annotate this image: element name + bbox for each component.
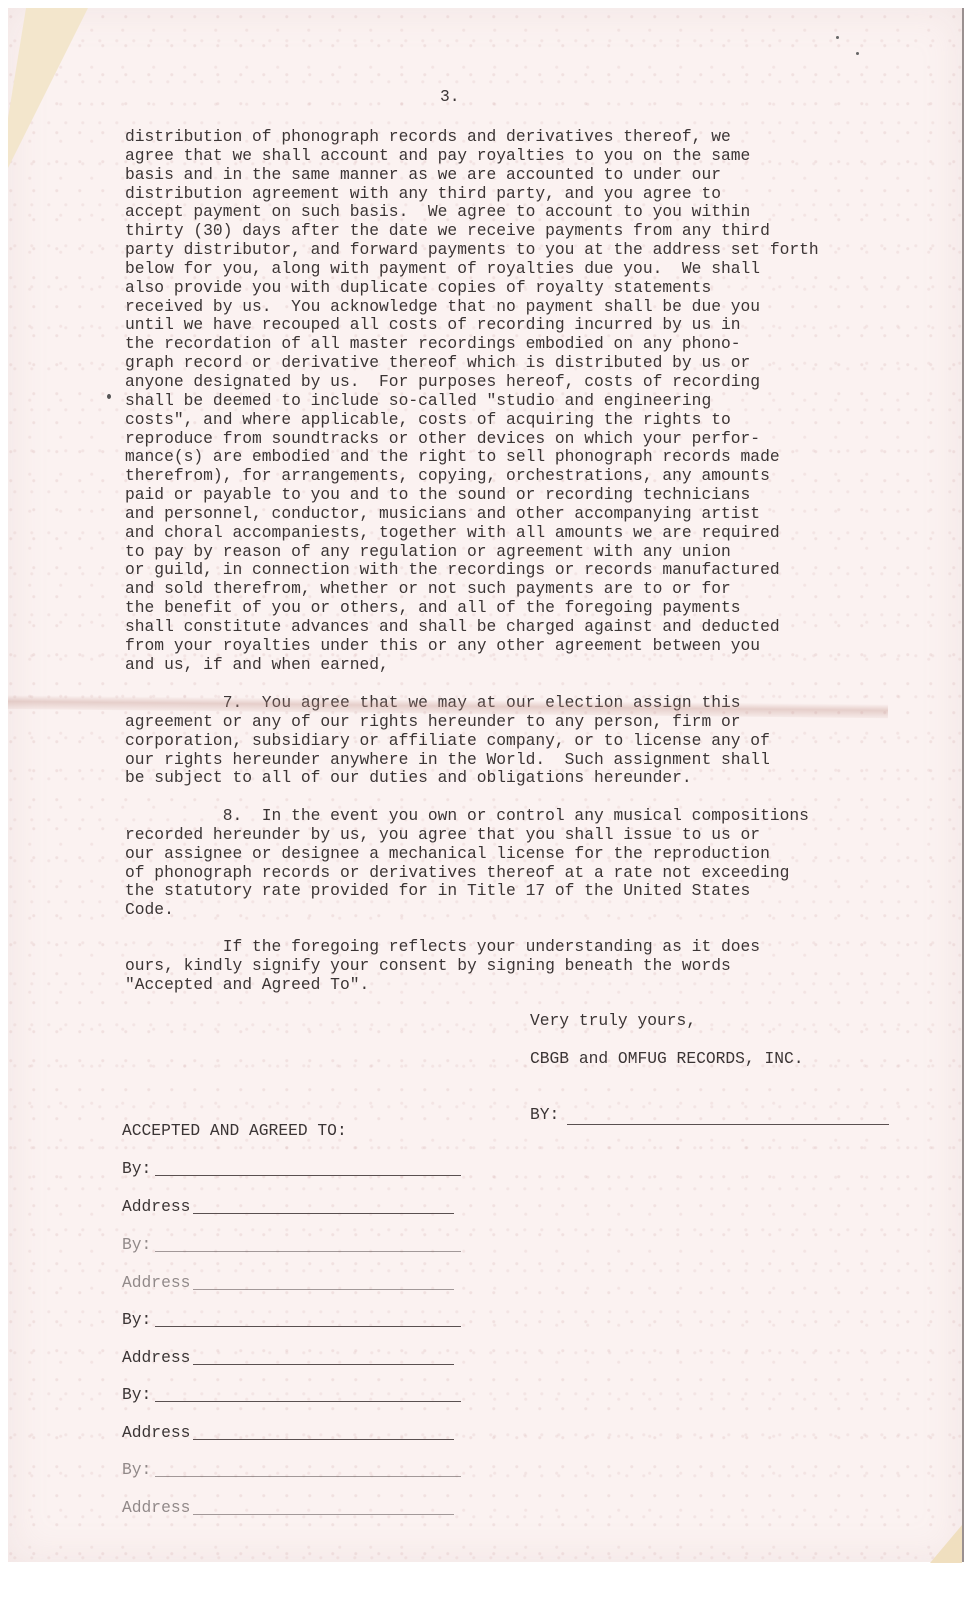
field-label: By: bbox=[122, 1160, 151, 1179]
text-line: and us, if and when earned, bbox=[125, 656, 819, 675]
text-line: If the foregoing reflects your understan… bbox=[125, 938, 760, 957]
text-line: therefrom), for arrangements, copying, o… bbox=[125, 467, 819, 486]
text-line: 7. You agree that we may at our election… bbox=[125, 694, 770, 713]
signature-by-field[interactable]: By: bbox=[122, 1311, 461, 1330]
signature-line[interactable] bbox=[155, 1251, 461, 1252]
signature-address-field[interactable]: Address bbox=[122, 1424, 454, 1443]
closing-paragraph: If the foregoing reflects your understan… bbox=[125, 938, 760, 995]
field-label: Address bbox=[122, 1424, 190, 1443]
signature-by-field[interactable]: By: bbox=[122, 1236, 461, 1255]
signature-address-field[interactable]: Address bbox=[122, 1198, 454, 1217]
text-line: corporation, subsidiary or affiliate com… bbox=[125, 732, 770, 751]
text-line: agreement or any of our rights hereunder… bbox=[125, 713, 770, 732]
text-line: accept payment on such basis. We agree t… bbox=[125, 203, 819, 222]
text-line: the statutory rate provided for in Title… bbox=[125, 882, 809, 901]
margin-mark bbox=[107, 394, 111, 399]
text-line: until we have recouped all costs of reco… bbox=[125, 316, 819, 335]
text-line: and personnel, conductor, musicians and … bbox=[125, 505, 819, 524]
text-line: from your royalties under this or any ot… bbox=[125, 637, 819, 656]
company-name: CBGB and OMFUG RECORDS, INC. bbox=[530, 1050, 804, 1069]
signature-by-field[interactable]: By: bbox=[122, 1160, 461, 1179]
field-label: Address bbox=[122, 1499, 190, 1518]
text-line: shall constitute advances and shall be c… bbox=[125, 618, 819, 637]
signature-by-field[interactable]: By: bbox=[122, 1461, 461, 1480]
signature-address-field[interactable]: Address bbox=[122, 1274, 454, 1293]
text-line: received by us. You acknowledge that no … bbox=[125, 298, 819, 317]
text-line: also provide you with duplicate copies o… bbox=[125, 279, 819, 298]
signature-line[interactable] bbox=[193, 1439, 454, 1440]
text-line: our assignee or designee a mechanical li… bbox=[125, 845, 809, 864]
page-number: 3. bbox=[440, 88, 460, 107]
text-line: distribution agreement with any third pa… bbox=[125, 185, 819, 204]
text-line: party distributor, and forward payments … bbox=[125, 241, 819, 260]
paragraph-7: 7. You agree that we may at our election… bbox=[125, 694, 770, 788]
accepted-heading: ACCEPTED AND AGREED TO: bbox=[122, 1122, 347, 1141]
signature-line[interactable] bbox=[155, 1401, 461, 1402]
text-line: thirty (30) days after the date we recei… bbox=[125, 222, 819, 241]
text-line: graph record or derivative thereof which… bbox=[125, 354, 819, 373]
text-line: anyone designated by us. For purposes he… bbox=[125, 373, 819, 392]
field-label: By: bbox=[122, 1461, 151, 1480]
text-line: distribution of phonograph records and d… bbox=[125, 128, 819, 147]
text-line: costs", and where applicable, costs of a… bbox=[125, 411, 819, 430]
field-label: Address bbox=[122, 1349, 190, 1368]
field-label: By: bbox=[122, 1311, 151, 1330]
text-line: mance(s) are embodied and the right to s… bbox=[125, 448, 819, 467]
signature-address-field[interactable]: Address bbox=[122, 1349, 454, 1368]
text-line: recorded hereunder by us, you agree that… bbox=[125, 826, 809, 845]
company-signature-line[interactable] bbox=[567, 1124, 889, 1125]
field-label: By: bbox=[122, 1236, 151, 1255]
body-paragraph-6-continued: distribution of phonograph records and d… bbox=[125, 128, 819, 674]
field-label: By: bbox=[122, 1386, 151, 1405]
text-line: reproduce from soundtracks or other devi… bbox=[125, 430, 819, 449]
text-line: and sold therefrom, whether or not such … bbox=[125, 580, 819, 599]
signature-by-field[interactable]: By: bbox=[122, 1386, 461, 1405]
stray-mark bbox=[836, 36, 839, 39]
text-line: "Accepted and Agreed To". bbox=[125, 976, 760, 995]
text-line: below for you, along with payment of roy… bbox=[125, 260, 819, 279]
signature-line[interactable] bbox=[155, 1175, 461, 1176]
company-by-label: BY: bbox=[530, 1106, 559, 1125]
text-line: and choral accompaniests, together with … bbox=[125, 524, 819, 543]
signature-line[interactable] bbox=[193, 1289, 454, 1290]
text-line: our rights hereunder anywhere in the Wor… bbox=[125, 751, 770, 770]
text-line: shall be deemed to include so-called "st… bbox=[125, 392, 819, 411]
text-line: of phonograph records or derivatives the… bbox=[125, 864, 809, 883]
signature-line[interactable] bbox=[155, 1476, 461, 1477]
text-line: be subject to all of our duties and obli… bbox=[125, 769, 770, 788]
text-line: the benefit of you or others, and all of… bbox=[125, 599, 819, 618]
signature-line[interactable] bbox=[155, 1326, 461, 1327]
field-label: Address bbox=[122, 1198, 190, 1217]
stray-mark bbox=[856, 52, 859, 55]
text-line: or guild, in connection with the recordi… bbox=[125, 561, 819, 580]
text-line: agree that we shall account and pay roya… bbox=[125, 147, 819, 166]
signature-line[interactable] bbox=[193, 1213, 454, 1214]
signature-line[interactable] bbox=[193, 1364, 454, 1365]
signature-line[interactable] bbox=[193, 1514, 454, 1515]
text-line: to pay by reason of any regulation or ag… bbox=[125, 543, 819, 562]
field-label: Address bbox=[122, 1274, 190, 1293]
text-line: the recordation of all master recordings… bbox=[125, 335, 819, 354]
paragraph-8: 8. In the event you own or control any m… bbox=[125, 807, 809, 920]
text-line: basis and in the same manner as we are a… bbox=[125, 166, 819, 185]
text-line: ours, kindly signify your consent by sig… bbox=[125, 957, 760, 976]
text-line: paid or payable to you and to the sound … bbox=[125, 486, 819, 505]
text-line: Code. bbox=[125, 901, 809, 920]
valediction: Very truly yours, bbox=[530, 1012, 696, 1031]
text-line: 8. In the event you own or control any m… bbox=[125, 807, 809, 826]
signature-address-field[interactable]: Address bbox=[122, 1499, 454, 1518]
